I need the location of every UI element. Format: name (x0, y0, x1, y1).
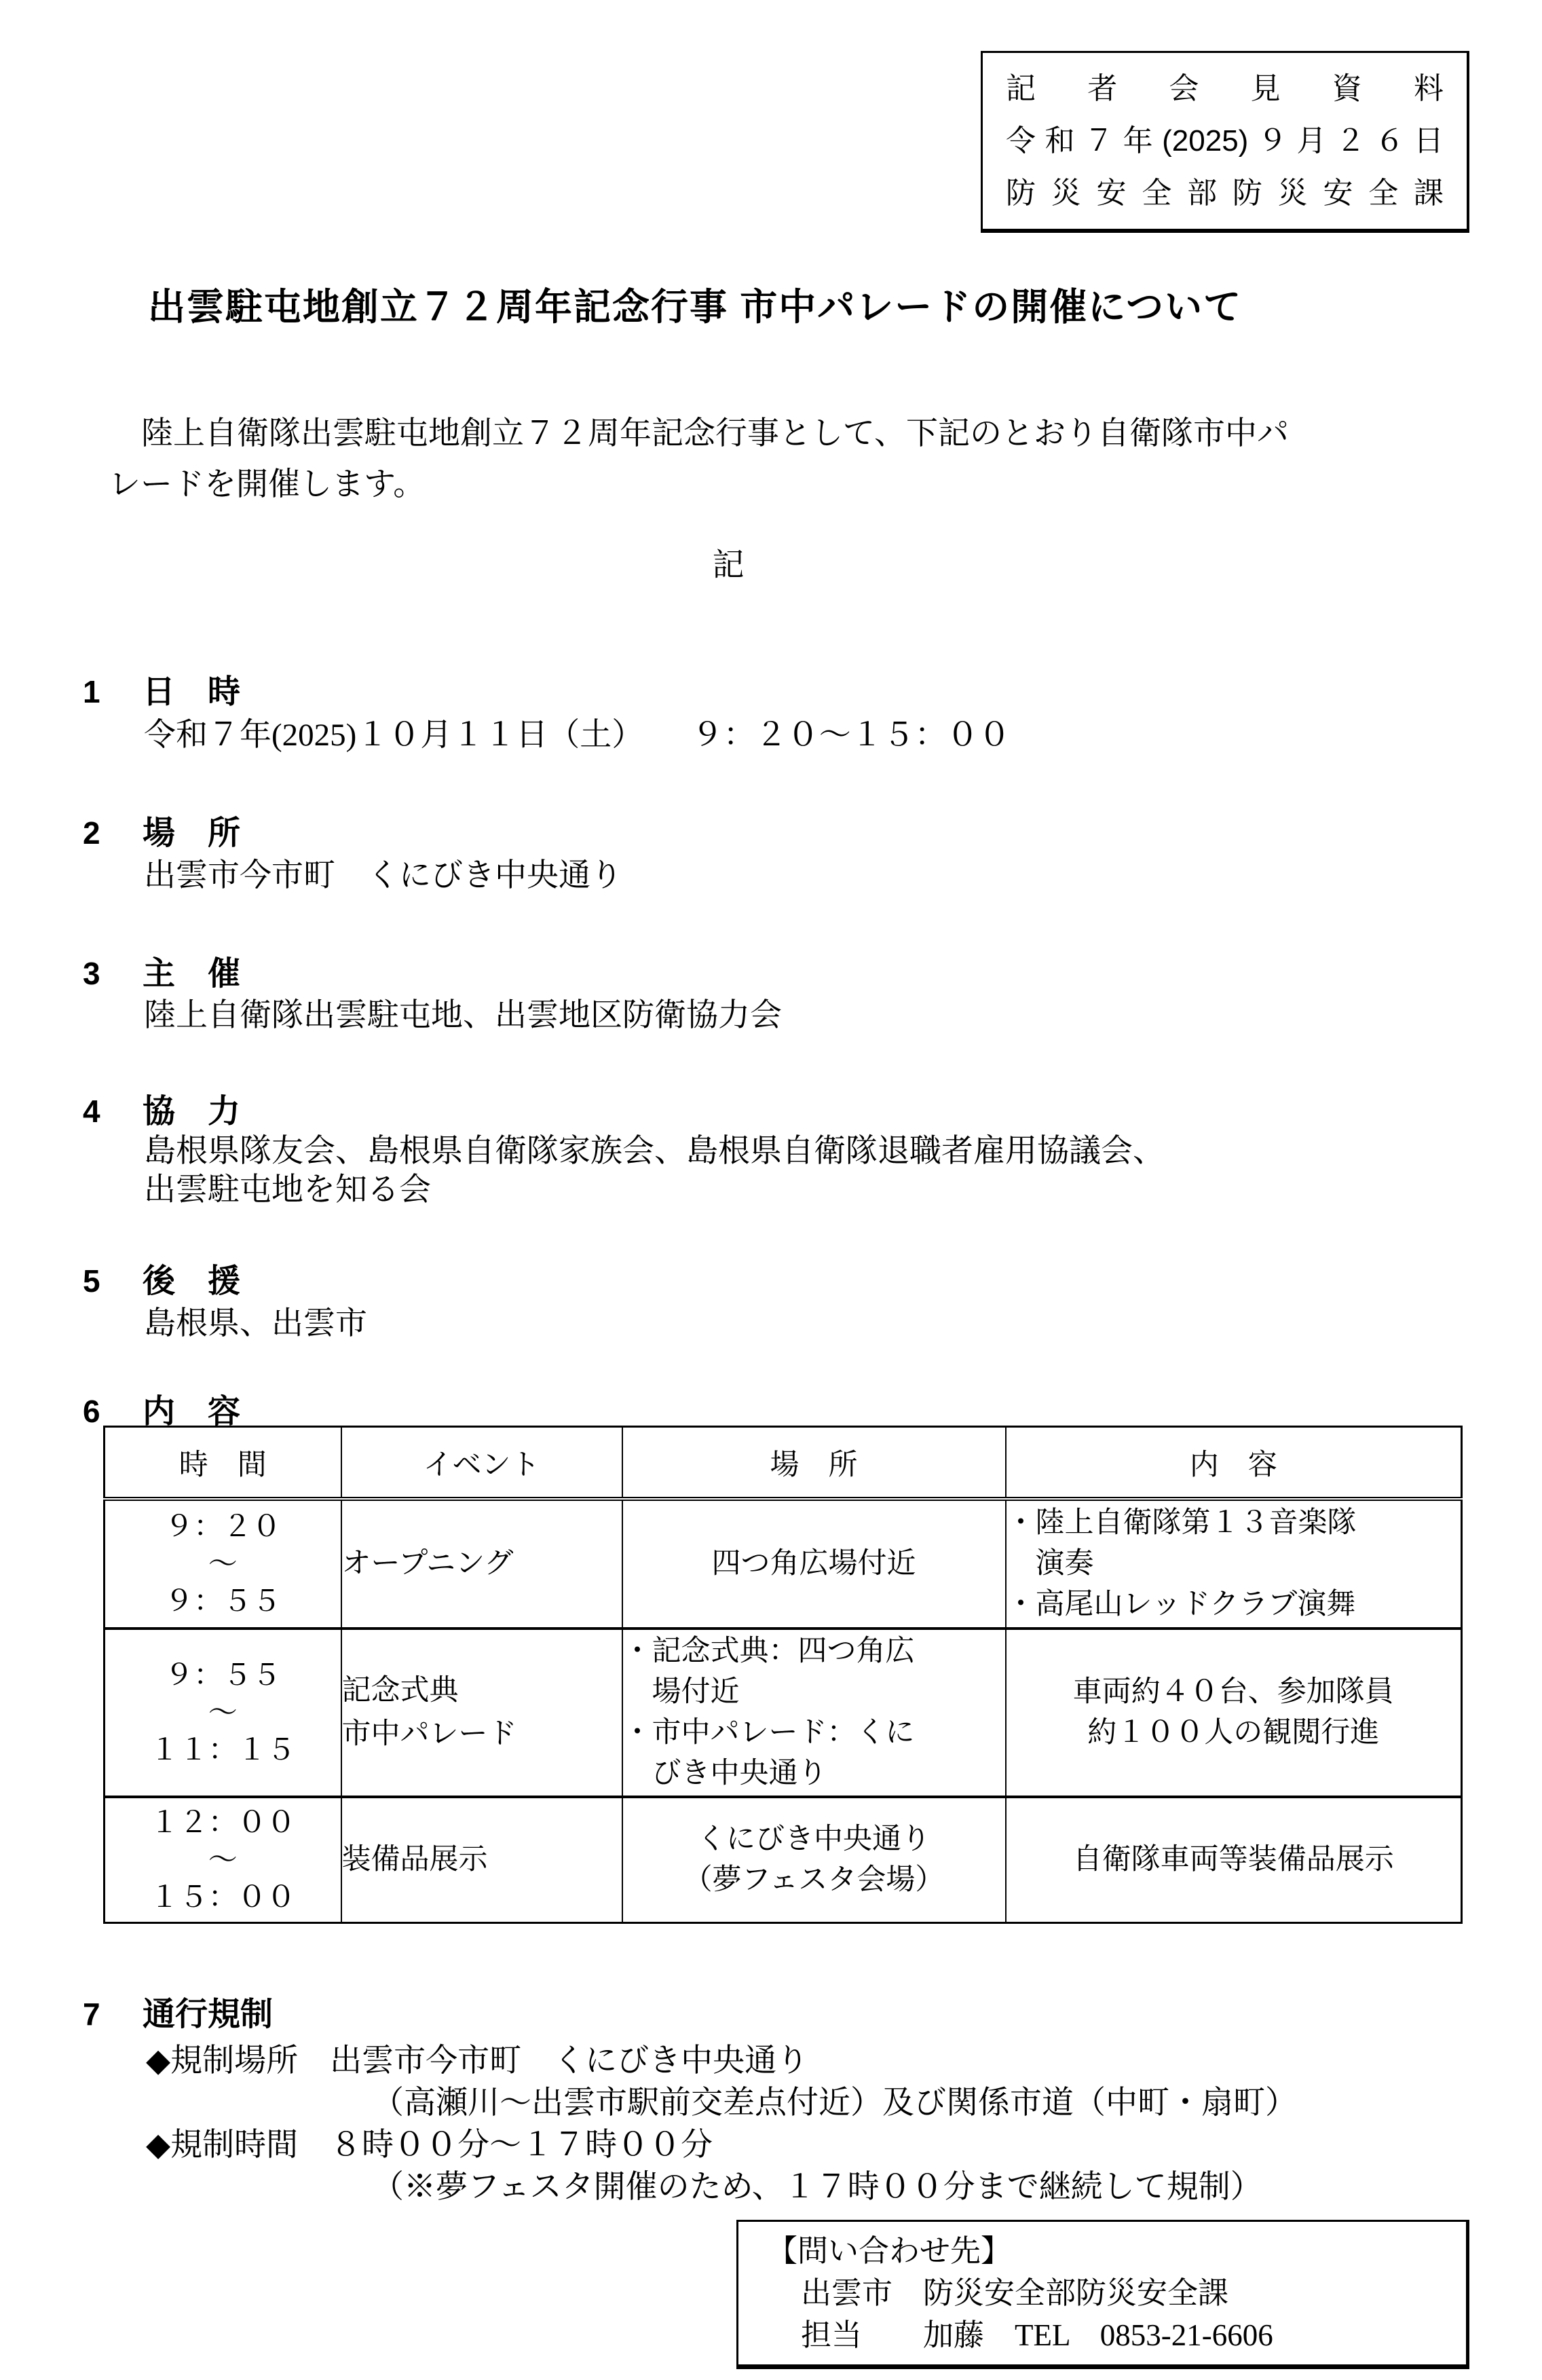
section-4-title: 協 力 (143, 1094, 240, 1130)
section-5-title: 後 援 (143, 1263, 240, 1299)
row-3-event: 装備品展示 (341, 1797, 622, 1923)
contact-info-box: 【問い合わせ先】 出雲市 防災安全部防災安全課 担当 加藤 TEL 0853-2… (736, 2220, 1469, 2369)
section-3-number: 3 (83, 955, 143, 992)
row-3-place: くにびき中央通り（夢フェスタ会場） (622, 1797, 1006, 1923)
section-2-content: 出雲市今市町 くにびき中央通り (144, 857, 622, 895)
restriction-place-detail-line: （高瀬川～出雲市駅前交差点付近）及び関係市道（中町・扇町） (372, 2077, 1297, 2123)
row-2-detail: 車両約４０台、参加隊員約１００人の観閲行進 (1006, 1629, 1462, 1797)
restriction-time-line: ◆規制時間 ８時００分～１７時００分 (146, 2119, 713, 2165)
row-3-time: １２：００～１５：００ (105, 1797, 341, 1923)
row-2-event: 記念式典市中パレード (341, 1629, 622, 1797)
col-header-event: イベント (341, 1427, 622, 1500)
row-2-place: ・記念式典：四つ角広 場付近・市中パレード：くに びき中央通り (622, 1629, 1006, 1797)
section-6-number: 6 (83, 1393, 143, 1430)
col-header-place: 場 所 (622, 1427, 1006, 1500)
section-5-number: 5 (83, 1263, 143, 1299)
col-header-detail: 内 容 (1006, 1427, 1462, 1500)
section-1-number: 1 (83, 673, 143, 710)
row-1-time: ９：２０～９：５５ (105, 1499, 341, 1629)
section-5-heading: 5後 援 (83, 1254, 240, 1301)
press-box-department: 防災安全部防災安全課 (1006, 167, 1444, 219)
section-3-heading: 3主 催 (83, 947, 240, 994)
section-2-title: 場 所 (143, 815, 240, 851)
section-3-title: 主 催 (143, 956, 240, 992)
section-1-heading: 1日 時 (83, 665, 240, 712)
contact-person-tel: 担当 加藤 TEL 0853-21-6606 (767, 2314, 1452, 2356)
schedule-table: 時 間 イベント 場 所 内 容 ９：２０～９：５５ オープニング 四つ角広場付… (103, 1426, 1463, 1924)
row-1-event: オープニング (341, 1499, 622, 1629)
section-5-content: 島根県、出雲市 (144, 1305, 367, 1343)
restriction-time-note-line: （※夢フェスタ開催のため、１７時００分まで継続して規制） (372, 2161, 1262, 2207)
contact-department: 出雲市 防災安全部防災安全課 (767, 2272, 1452, 2314)
col-header-time: 時 間 (105, 1427, 341, 1500)
section-7-heading: 7通行規制 (83, 1988, 273, 2034)
document-page: 記 者 会 見 資 料 令和７年(2025)９月２６日 防災安全部防災安全課 出… (0, 0, 1542, 2380)
schedule-row-equipment-display: １２：００～１５：００ 装備品展示 くにびき中央通り（夢フェスタ会場） 自衛隊車… (105, 1797, 1462, 1923)
section-2-number: 2 (83, 815, 143, 851)
intro-line-2: レードを開催します。 (109, 460, 1425, 510)
schedule-row-ceremony-parade: ９：５５～１１：１５ 記念式典市中パレード ・記念式典：四つ角広 場付近・市中パ… (105, 1629, 1462, 1797)
restriction-place-line: ◆規制場所 出雲市今市町 くにびき中央通り (146, 2035, 808, 2081)
contact-box-heading: 【問い合わせ先】 (767, 2230, 1452, 2272)
section-6-heading: 6内 容 (83, 1385, 240, 1432)
section-1-content: 令和７年(2025)１０月１１日（土） ９：２０～１５：００ (144, 716, 1011, 755)
row-1-place: 四つ角広場付近 (622, 1499, 1006, 1629)
section-7-number: 7 (83, 1996, 143, 2032)
intro-paragraph: 陸上自衛隊出雲駐屯地創立７２周年記念行事として、下記のとおり自衛隊市中パ レード… (109, 409, 1425, 510)
row-1-detail: ・陸上自衛隊第１３音楽隊 演奏・高尾山レッドクラブ演舞 (1006, 1499, 1462, 1629)
row-3-detail: 自衛隊車両等装備品展示 (1006, 1797, 1462, 1923)
document-title: 出雲駐屯地創立７２周年記念行事 市中パレードの開催について (148, 277, 1242, 331)
section-2-heading: 2場 所 (83, 806, 240, 853)
schedule-row-opening: ９：２０～９：５５ オープニング 四つ角広場付近 ・陸上自衛隊第１３音楽隊 演奏… (105, 1499, 1462, 1629)
press-box-date: 令和７年(2025)９月２６日 (1006, 115, 1444, 167)
section-4-number: 4 (83, 1093, 143, 1130)
ki-marker: 記 (0, 540, 1456, 585)
section-1-title: 日 時 (143, 674, 240, 710)
section-3-content: 陸上自衛隊出雲駐屯地、出雲地区防衛協力会 (144, 997, 782, 1035)
press-box-label: 記 者 会 見 資 料 (1006, 62, 1444, 115)
intro-line-1: 陸上自衛隊出雲駐屯地創立７２周年記念行事として、下記のとおり自衛隊市中パ (109, 409, 1425, 460)
section-7-title: 通行規制 (143, 1996, 273, 2032)
row-2-time: ９：５５～１１：１５ (105, 1629, 341, 1797)
section-4-content: 島根県隊友会、島根県自衛隊家族会、島根県自衛隊退職者雇用協議会、出雲駐屯地を知る… (144, 1132, 1165, 1210)
section-4-heading: 4協 力 (83, 1085, 240, 1132)
press-release-info-box: 記 者 会 見 資 料 令和７年(2025)９月２６日 防災安全部防災安全課 (981, 51, 1469, 233)
schedule-header-row: 時 間 イベント 場 所 内 容 (105, 1427, 1462, 1500)
section-6-title: 内 容 (143, 1394, 240, 1430)
